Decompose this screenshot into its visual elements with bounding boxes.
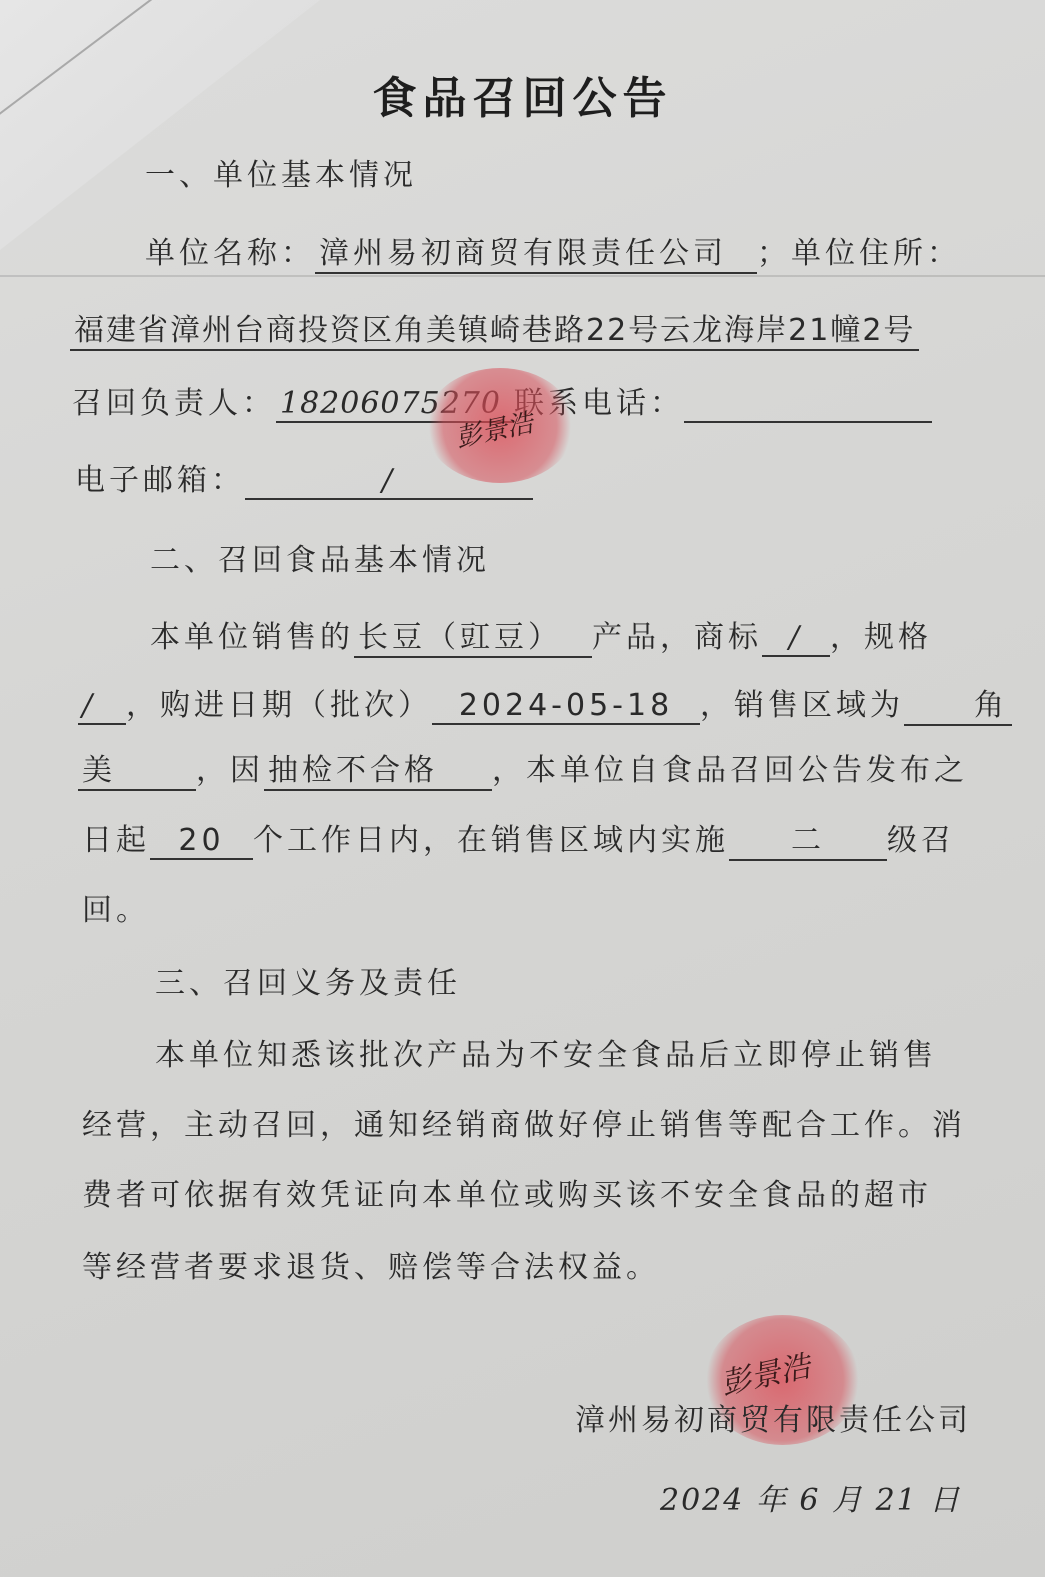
footer-company: 漳州易初商贸有限责任公司 [575, 1395, 971, 1439]
phone-value [684, 391, 932, 423]
text: ，销售区域为 [700, 688, 904, 723]
purchase-date-value: 2024-05-18 [432, 688, 700, 725]
region-value-part1: 角 [904, 680, 1012, 726]
unit-name-row: 单位名称：漳州易初商贸有限责任公司；单位住所： [145, 228, 961, 274]
address-row: 福建省漳州台商投资区角美镇崎巷路22号云龙海岸21幢2号 [70, 305, 919, 351]
address-label: ；单位住所： [757, 236, 961, 271]
section3-line: 等经营者要求退货、赔偿等合法权益。 [82, 1242, 660, 1286]
text: ，本单位自食品召回公告发布之 [492, 753, 968, 788]
unit-name-label: 单位名称： [145, 236, 315, 271]
days-value: 20 [150, 823, 253, 860]
section3-heading: 三、召回义务及责任 [155, 958, 461, 1002]
text: 本单位销售的 [150, 620, 354, 655]
product-value: 长豆（豇豆） [354, 612, 592, 658]
section2-line1: 本单位销售的长豆（豇豆）产品，商标/，规格 [150, 612, 932, 658]
text: 日起 [82, 823, 150, 858]
recall-level-value: 二 [729, 815, 887, 861]
spec-value: / [78, 688, 126, 725]
region-value-part2: 美 [78, 745, 196, 791]
text: ，购进日期（批次） [126, 688, 432, 723]
section2-line3: 美，因抽检不合格，本单位自食品召回公告发布之 [78, 745, 968, 791]
email-value: / [245, 463, 533, 500]
footer-date: 2024 年 6 月 21 日 [660, 1475, 961, 1519]
brand-value: / [762, 620, 830, 657]
section2-heading: 二、召回食品基本情况 [150, 535, 490, 579]
email-label: 电子邮箱： [75, 463, 245, 498]
section3-line: 费者可依据有效凭证向本单位或购买该不安全食品的超市 [82, 1170, 932, 1214]
text: ，因 [196, 753, 264, 788]
document-title: 食品召回公告 [0, 62, 1045, 126]
text: 级召 [887, 823, 955, 858]
recall-notice-document: 食品召回公告 一、单位基本情况 单位名称：漳州易初商贸有限责任公司；单位住所： … [0, 0, 1045, 1577]
section3-line: 经营，主动召回，通知经销商做好停止销售等配合工作。消 [82, 1100, 966, 1144]
recall-person-label: 召回负责人： [72, 386, 276, 421]
unit-name-value: 漳州易初商贸有限责任公司 [315, 228, 757, 274]
section1-heading: 一、单位基本情况 [145, 150, 417, 194]
text: 个工作日内，在销售区域内实施 [253, 823, 729, 858]
section2-line5: 回。 [82, 885, 150, 929]
reason-value: 抽检不合格 [264, 745, 492, 791]
section2-line4: 日起20个工作日内，在销售区域内实施二级召 [82, 815, 955, 861]
address-value: 福建省漳州台商投资区角美镇崎巷路22号云龙海岸21幢2号 [70, 305, 919, 351]
text: 产品，商标 [592, 620, 762, 655]
text: ，规格 [830, 620, 932, 655]
section3-line: 本单位知悉该批次产品为不安全食品后立即停止销售 [155, 1030, 937, 1074]
section2-line2: /，购进日期（批次）2024-05-18，销售区域为角 [78, 680, 1012, 726]
email-row: 电子邮箱：/ [75, 455, 533, 500]
